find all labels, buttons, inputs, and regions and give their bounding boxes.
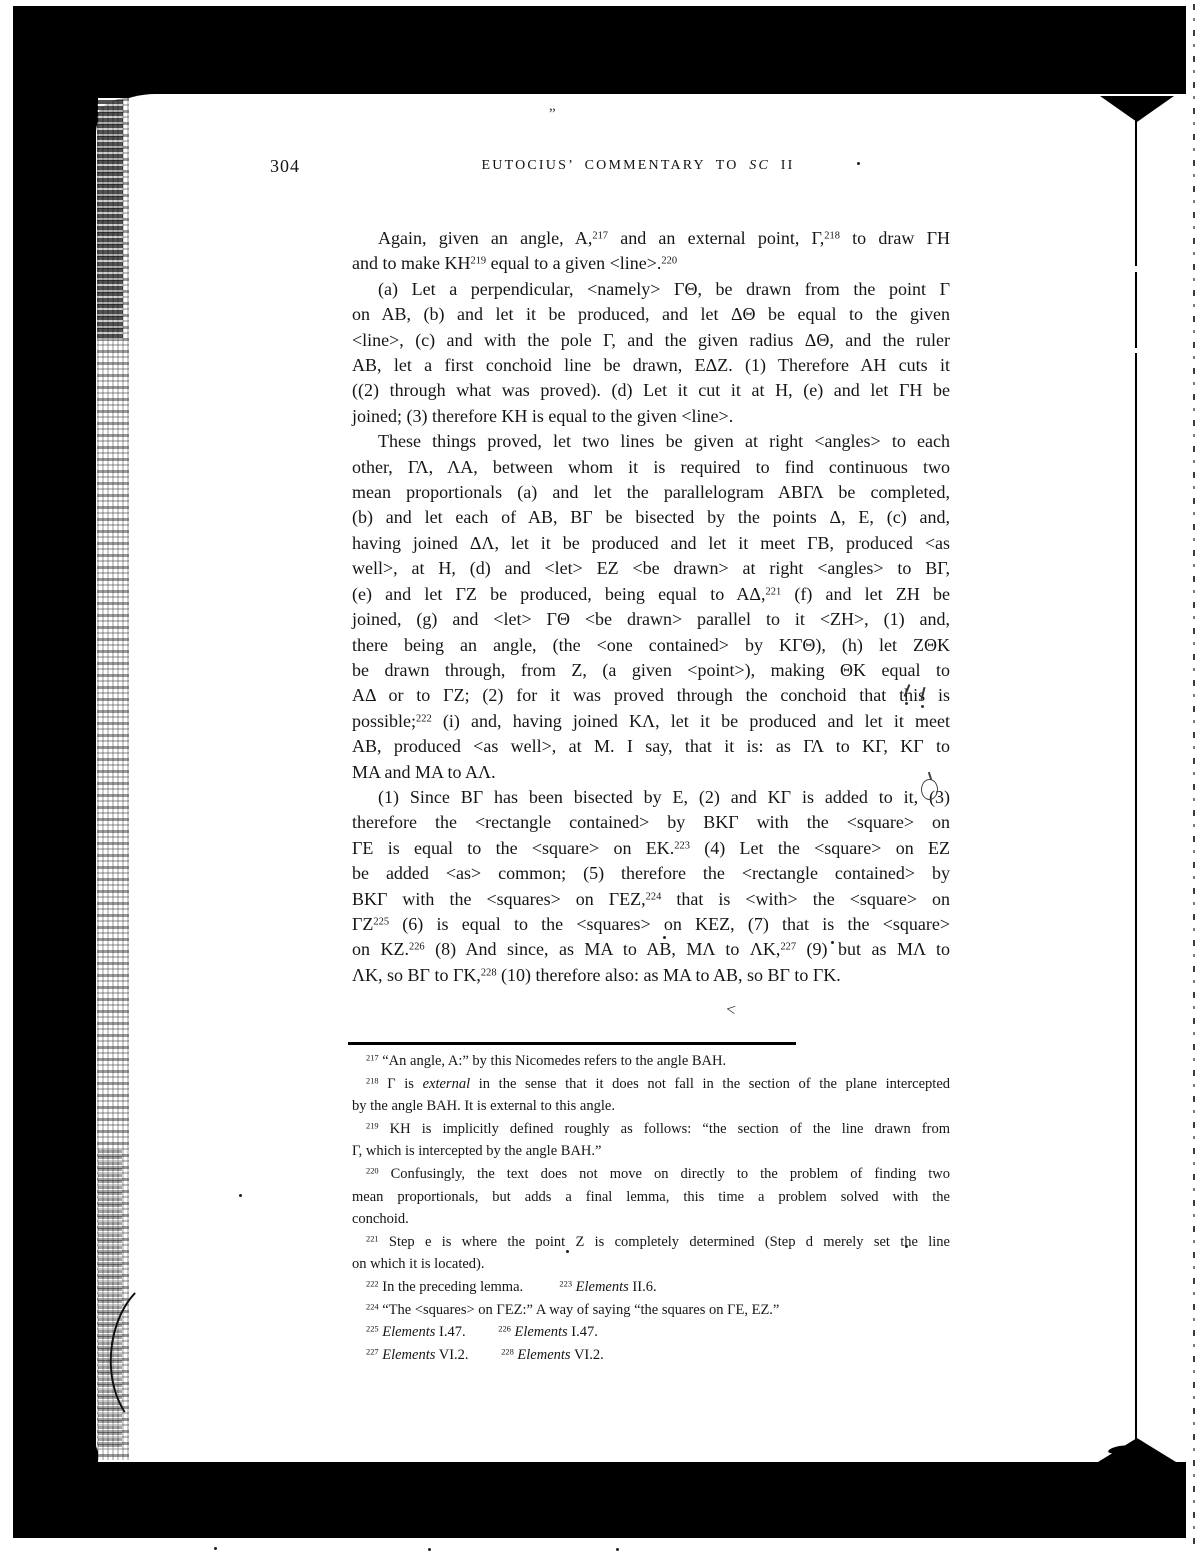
- footnote-line: mean proportionals, but adds a final lem…: [352, 1186, 950, 1209]
- body-text-line: (e) and let ΓZ be produced, being equal …: [352, 582, 950, 607]
- scan-speck: [214, 1547, 217, 1550]
- footnote-line: 218 Γ is external in the sense that it d…: [352, 1073, 950, 1096]
- body-text-line: be added <as> common; (5) therefore the …: [352, 861, 950, 886]
- running-header-tail: II: [770, 158, 794, 173]
- body-text-line: (a) Let a perpendicular, <namely> ΓΘ, be…: [352, 277, 950, 302]
- body-text-line: AΔ or to ΓZ; (2) for it was proved throu…: [352, 683, 950, 708]
- body-text-line: on KZ.226 (8) And since, as MA to AB, MΛ…: [352, 937, 950, 962]
- body-text-line: MA and MA to AΛ.: [352, 760, 950, 785]
- body-text-line: joined; (3) therefore KH is equal to the…: [352, 404, 950, 429]
- scan-speck: [663, 936, 666, 939]
- pen-tick-dot: [905, 702, 908, 705]
- body-text-line: other, ΓΛ, ΛA, between whom it is requir…: [352, 455, 950, 480]
- footnotes: 217 “An angle, A:” by this Nicomedes ref…: [352, 1050, 950, 1366]
- body-text-line: there being an angle, (the <one containe…: [352, 633, 950, 658]
- footnote-line: 222 In the preceding lemma. 223 Elements…: [352, 1276, 950, 1299]
- scan-border-bottom: [13, 1462, 1186, 1538]
- scan-speck: [239, 1194, 242, 1197]
- body-text-line: Again, given an angle, A,217 and an exte…: [352, 226, 950, 251]
- page-number: 304: [270, 156, 300, 177]
- body-text-line: ((2) through what was proved). (d) Let i…: [352, 378, 950, 403]
- body-text-line: BKΓ with the <squares> on ΓEZ,224 that i…: [352, 887, 950, 912]
- body-text-line: (1) Since BΓ has been bisected by E, (2)…: [352, 785, 950, 810]
- scanned-book-page: 304 EUTOCIUS’ COMMENTARY TO SC II Again,…: [0, 0, 1200, 1552]
- body-text-line: ΓE is equal to the <square> on EK.223 (4…: [352, 836, 950, 861]
- body-text-line: having joined ΔΛ, let it be produced and…: [352, 531, 950, 556]
- scan-wedge-top: [1100, 96, 1174, 122]
- binding-gutter-texture-dark: [97, 100, 123, 340]
- body-text-line: ΛK, so BΓ to ΓK,228 (10) therefore also:…: [352, 963, 950, 988]
- binding-gutter-texture-lower: [98, 1150, 122, 1450]
- scan-top-mark: ”: [549, 106, 556, 123]
- footnote-line: 227 Elements VI.2. 228 Elements VI.2.: [352, 1344, 950, 1367]
- body-text-line: AB, let a first conchoid line be drawn, …: [352, 353, 950, 378]
- footnote-line: 225 Elements I.47. 226 Elements I.47.: [352, 1321, 950, 1344]
- body-text-line: These things proved, let two lines be gi…: [352, 429, 950, 454]
- body-text: Again, given an angle, A,217 and an exte…: [352, 226, 950, 988]
- scan-speck: [905, 1245, 908, 1248]
- scan-speck: [428, 1548, 431, 1551]
- body-text-line: mean proportionals (a) and let the paral…: [352, 480, 950, 505]
- footnote-line: by the angle BAH. It is external to this…: [352, 1095, 950, 1118]
- page-fold-line: [1135, 116, 1137, 1462]
- body-text-line: and to make KH219 equal to a given <line…: [352, 251, 950, 276]
- scan-edge-dashed-line: [1193, 4, 1195, 1549]
- scan-speck: [566, 1250, 569, 1253]
- pen-circle-doodle: [921, 779, 938, 800]
- body-text-line: be drawn through, from Z, (a given <poin…: [352, 658, 950, 683]
- body-text-line: <line>, (c) and with the pole Γ, and the…: [352, 328, 950, 353]
- scan-speck: [857, 162, 860, 165]
- running-header: EUTOCIUS’ COMMENTARY TO SC II: [330, 158, 946, 174]
- footnote-line: conchoid.: [352, 1208, 950, 1231]
- footnote-separator-rule: [348, 1042, 796, 1045]
- body-text-line: (b) and let each of AB, BΓ be bisected b…: [352, 505, 950, 530]
- body-text-line: ΓZ225 (6) is equal to the <squares> on K…: [352, 912, 950, 937]
- body-text-line: joined, (g) and <let> ΓΘ <be drawn> para…: [352, 607, 950, 632]
- scan-border-left: [13, 6, 98, 1538]
- footnote-line: 221 Step e is where the point Z is compl…: [352, 1231, 950, 1254]
- body-text-line: possible;222 (i) and, having joined KΛ, …: [352, 709, 950, 734]
- body-text-line: AB, produced <as well>, at M. I say, tha…: [352, 734, 950, 759]
- footnote-line: 220 Confusingly, the text does not move …: [352, 1163, 950, 1186]
- body-text-line: on AB, (b) and let it be produced, and l…: [352, 302, 950, 327]
- running-header-text: EUTOCIUS’ COMMENTARY TO: [482, 158, 750, 173]
- footnote-line: 217 “An angle, A:” by this Nicomedes ref…: [352, 1050, 950, 1073]
- footnote-line: 224 “The <squares> on ΓEZ:” A way of say…: [352, 1299, 950, 1322]
- scan-border-top: [13, 6, 1186, 98]
- scan-speck: [831, 941, 834, 944]
- body-text-line: therefore the <rectangle contained> by B…: [352, 810, 950, 835]
- footnote-line: 219 KH is implicitly defined roughly as …: [352, 1118, 950, 1141]
- footnote-line: on which it is located).: [352, 1253, 950, 1276]
- footnote-line: Γ, which is intercepted by the angle BAH…: [352, 1140, 950, 1163]
- body-text-line: well>, at H, (d) and <let> EZ <be drawn>…: [352, 556, 950, 581]
- pen-tick-dot: [921, 705, 924, 708]
- running-header-italic: SC: [749, 158, 770, 173]
- scan-speck: [616, 1548, 619, 1551]
